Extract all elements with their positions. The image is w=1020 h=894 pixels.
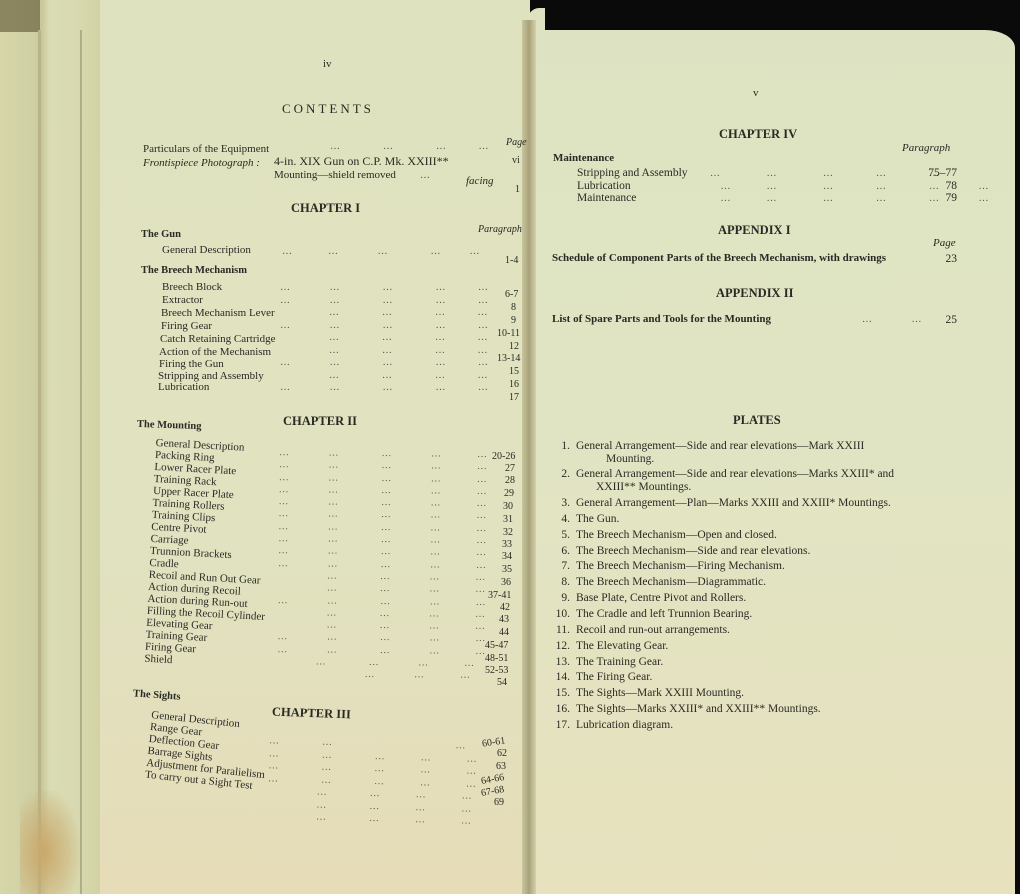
entry-number: 34 <box>502 551 512 562</box>
entry-number: 36 <box>501 577 511 588</box>
plate-title: General Arrangement—Plan—Marks XXIII and… <box>576 497 956 510</box>
entry-label: Breech Block <box>162 281 222 293</box>
appendix-entry-label: Schedule of Component Parts of the Breec… <box>552 252 886 264</box>
plate-title-line: General Arrangement—Side and rear elevat… <box>576 468 894 480</box>
plate-number: 12. <box>548 640 570 653</box>
entry-number: 1 <box>515 184 520 195</box>
book-gutter <box>522 20 536 894</box>
plate-number: 4. <box>548 513 570 526</box>
plate-title: The Breech Mechanism—Diagrammatic. <box>576 576 956 589</box>
page-edges <box>0 0 110 894</box>
entry-number: 23 <box>897 253 957 265</box>
leader-dots: … … … … …… … … … …… … … … …… … … … …… <box>277 447 488 682</box>
entry-number: 9 <box>511 315 516 326</box>
entry-label: Firing Gear <box>161 320 212 332</box>
plate-title: Lubrication diagram. <box>576 719 956 732</box>
entry-number: 25 <box>897 314 957 326</box>
plate-number: 9. <box>548 592 570 605</box>
plate-number: 14. <box>548 671 570 684</box>
plates-heading: PLATES <box>733 413 781 428</box>
entry-number: 48-51 <box>485 653 508 664</box>
plate-number: 8. <box>548 576 570 589</box>
entry-number: 78 <box>897 180 957 192</box>
plate-number: 16. <box>548 703 570 716</box>
entry-number: 69 <box>494 797 504 808</box>
entry-number: 27 <box>505 463 515 474</box>
entry-suffix: facing <box>466 175 494 187</box>
entry-number: 42 <box>500 602 510 613</box>
plate-title-line: XXIII** Mountings. <box>576 481 691 493</box>
leader-dots: … <box>420 170 431 181</box>
entry-number: 15 <box>509 366 519 377</box>
paragraph-column-label: Paragraph <box>478 224 522 235</box>
entry-number: 28 <box>505 475 515 486</box>
contents-title: CONTENTS <box>282 101 374 117</box>
entry-number: 43 <box>499 614 509 625</box>
page-number: iv <box>323 58 332 70</box>
plate-title: General Arrangement—Side and rear elevat… <box>576 440 956 466</box>
entry-number: 10-11 <box>497 328 520 339</box>
plate-number: 7. <box>548 560 570 573</box>
entry-number: 45-47 <box>485 640 508 651</box>
entry-number: 31 <box>503 514 513 525</box>
entry-label: Frontispiece Photograph : <box>143 157 260 169</box>
leader-dots: … … …… … … … …… … … … …… … … … … <box>267 735 478 828</box>
stain <box>0 0 40 32</box>
plate-number: 6. <box>548 545 570 558</box>
chapter-heading: CHAPTER III <box>272 705 351 723</box>
plate-number: 15. <box>548 687 570 700</box>
plate-number: 10. <box>548 608 570 621</box>
appendix-entry-label: List of Spare Parts and Tools for the Mo… <box>552 313 771 325</box>
section-title: The Mounting <box>137 419 202 432</box>
plate-title: Recoil and run-out arrangements. <box>576 624 956 637</box>
section-title: The Breech Mechanism <box>141 265 247 276</box>
plate-title-line: Mounting. <box>576 453 654 465</box>
page-edge-line <box>38 30 41 894</box>
entry-number: 1-4 <box>505 255 518 266</box>
chapter-heading: CHAPTER IV <box>719 127 797 142</box>
entry-label: Extractor <box>162 294 203 306</box>
entry-number: 17 <box>509 392 519 403</box>
entry-label: Action of the Mechanism <box>159 346 271 358</box>
plate-number: 17. <box>548 719 570 732</box>
plate-title: The Sights—Mark XXIII Mounting. <box>576 687 956 700</box>
leader-dots: … … … … …… … … … … … … … …… … … … … <box>280 282 489 395</box>
entry-number: 75–77 <box>897 167 957 179</box>
entry-label: Stripping and Assembly <box>577 167 688 179</box>
entry-label: Catch Retaining Cartridge <box>160 333 275 345</box>
entry-label: Firing the Gun <box>159 358 224 370</box>
chapter-heading: CHAPTER I <box>291 201 360 216</box>
entry-number: 30 <box>503 501 513 512</box>
plate-number: 11. <box>548 624 570 637</box>
entry-number: 20-26 <box>492 451 515 462</box>
entry-text: Mounting—shield removed <box>274 169 396 181</box>
entry-number: 16 <box>509 379 519 390</box>
section-title: Maintenance <box>553 152 614 164</box>
entry-number: 29 <box>504 488 514 499</box>
plate-title: Base Plate, Centre Pivot and Rollers. <box>576 592 956 605</box>
plate-title: The Breech Mechanism—Side and rear eleva… <box>576 545 956 558</box>
plate-title: The Breech Mechanism—Firing Mechanism. <box>576 560 956 573</box>
paragraph-column-label: Paragraph <box>902 142 950 154</box>
plate-title-line: General Arrangement—Side and rear elevat… <box>576 440 864 452</box>
section-title: The Gun <box>141 229 181 240</box>
entry-number: 63 <box>496 761 506 772</box>
entry-label: Particulars of the Equipment <box>143 143 269 155</box>
appendix-heading: APPENDIX I <box>718 223 791 238</box>
plate-title: The Gun. <box>576 513 956 526</box>
plate-title: The Sights—Marks XXIII* and XXIII** Moun… <box>576 703 956 716</box>
entry-label: Breech Mechanism Lever <box>161 307 275 319</box>
entry-label: Lubrication <box>577 180 631 192</box>
entry-number: 8 <box>511 302 516 313</box>
plate-title: General Arrangement—Side and rear elevat… <box>576 468 956 494</box>
plate-title: The Firing Gear. <box>576 671 956 684</box>
plate-number: 3. <box>548 497 570 510</box>
entry-label: Lubrication <box>158 381 209 393</box>
entry-label: Shield <box>144 653 173 666</box>
entry-number: 37-41 <box>488 590 511 601</box>
entry-number: vi <box>512 155 520 166</box>
toc-entry: Particulars of the Equipment <box>143 143 269 155</box>
foxing-stain <box>20 790 80 894</box>
leader-dots: … … … … … <box>282 246 481 257</box>
leader-dots: … … … … <box>330 141 490 152</box>
appendix-heading: APPENDIX II <box>716 286 793 301</box>
entry-number: 79 <box>897 192 957 204</box>
plate-number: 2. <box>548 468 570 481</box>
entry-number: 62 <box>497 748 507 759</box>
plate-title: The Training Gear. <box>576 656 956 669</box>
page-number: v <box>753 87 759 99</box>
entry-number: 54 <box>497 677 507 688</box>
entry-number: 52-53 <box>485 665 508 676</box>
entry-number: 33 <box>502 539 512 550</box>
plate-number: 13. <box>548 656 570 669</box>
entry-number: 32 <box>503 527 513 538</box>
entry-text: 4-in. XIX Gun on C.P. Mk. XXIII** <box>274 154 449 169</box>
plate-number: 5. <box>548 529 570 542</box>
plate-title: The Elevating Gear. <box>576 640 956 653</box>
book-photo: iv CONTENTS Page Particulars of the Equi… <box>0 0 1020 894</box>
entry-label: General Description <box>162 244 251 256</box>
entry-number: 6-7 <box>505 289 518 300</box>
entry-number: 12 <box>509 341 519 352</box>
plate-title: The Cradle and left Trunnion Bearing. <box>576 608 956 621</box>
entry-label: Maintenance <box>577 192 636 204</box>
plate-title: The Breech Mechanism—Open and closed. <box>576 529 956 542</box>
page-edge-line <box>80 30 82 894</box>
plate-number: 1. <box>548 440 570 453</box>
entry-number: 44 <box>499 627 509 638</box>
entry-number: 13-14 <box>497 353 520 364</box>
entry-number: 35 <box>502 564 512 575</box>
page-column-label: Page <box>933 237 956 249</box>
page-column-label: Page <box>506 137 527 148</box>
chapter-heading: CHAPTER II <box>283 414 357 429</box>
